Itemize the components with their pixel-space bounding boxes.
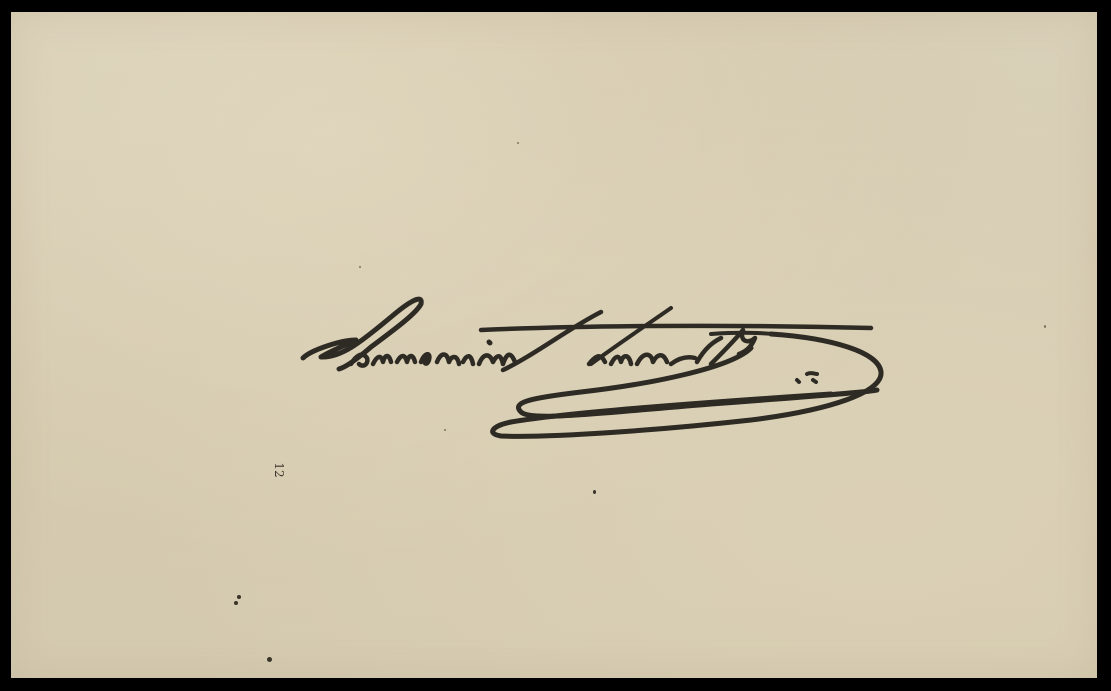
signature-image — [11, 12, 1097, 678]
page-number: 12 — [270, 461, 288, 479]
ink-speck — [593, 490, 596, 494]
ink-speck — [359, 266, 361, 268]
ink-speck — [444, 429, 446, 431]
ink-speck — [234, 601, 238, 605]
ink-speck — [237, 595, 241, 599]
scan-frame: 12 — [0, 0, 1111, 691]
ink-speck — [517, 142, 519, 144]
ink-speck — [267, 657, 272, 662]
ink-speck — [1044, 325, 1046, 328]
document-page: 12 — [11, 12, 1097, 678]
